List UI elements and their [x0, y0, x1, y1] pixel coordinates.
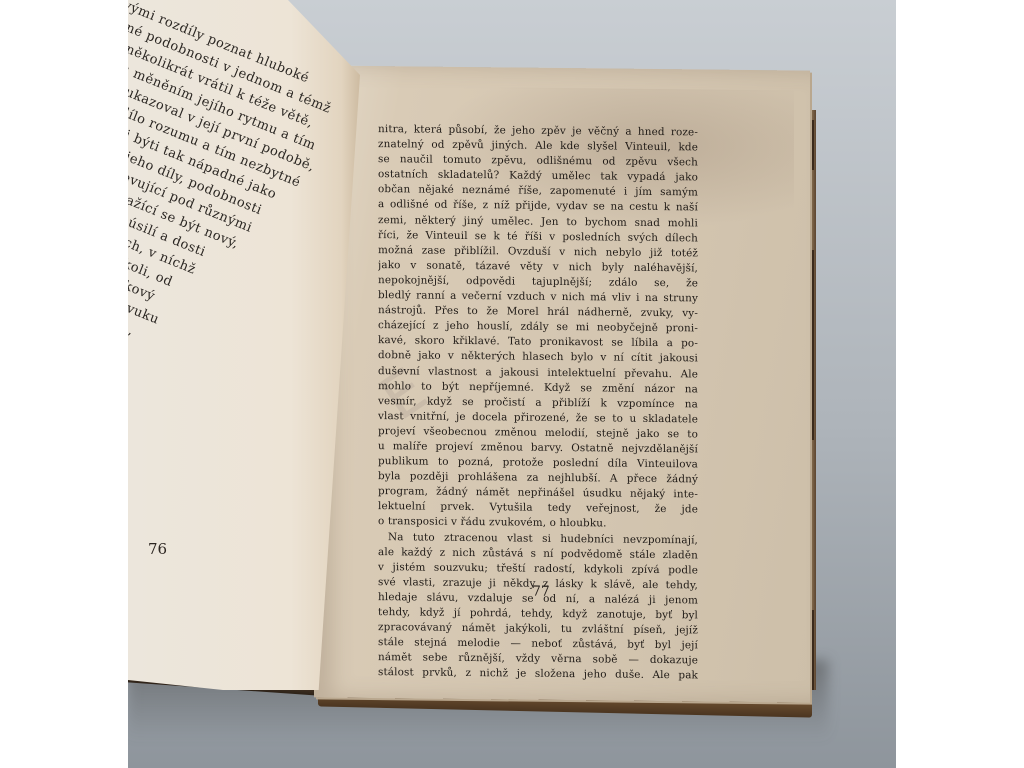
page-number-left: 76 [148, 540, 167, 558]
page-number-right: 77 [532, 584, 550, 600]
book-photo: E nitra, která působí, že jeho zpěv je v… [128, 0, 896, 768]
right-page: E nitra, která působí, že jeho zpěv je v… [314, 65, 810, 702]
left-page-text: zdánlivými rozdíly poznat hlubokése úmys… [128, 0, 348, 768]
text-line: stálost prvků, z nichž je složena jeho d… [378, 665, 698, 683]
left-page: zdánlivými rozdíly poznat hlubokése úmys… [128, 0, 360, 690]
